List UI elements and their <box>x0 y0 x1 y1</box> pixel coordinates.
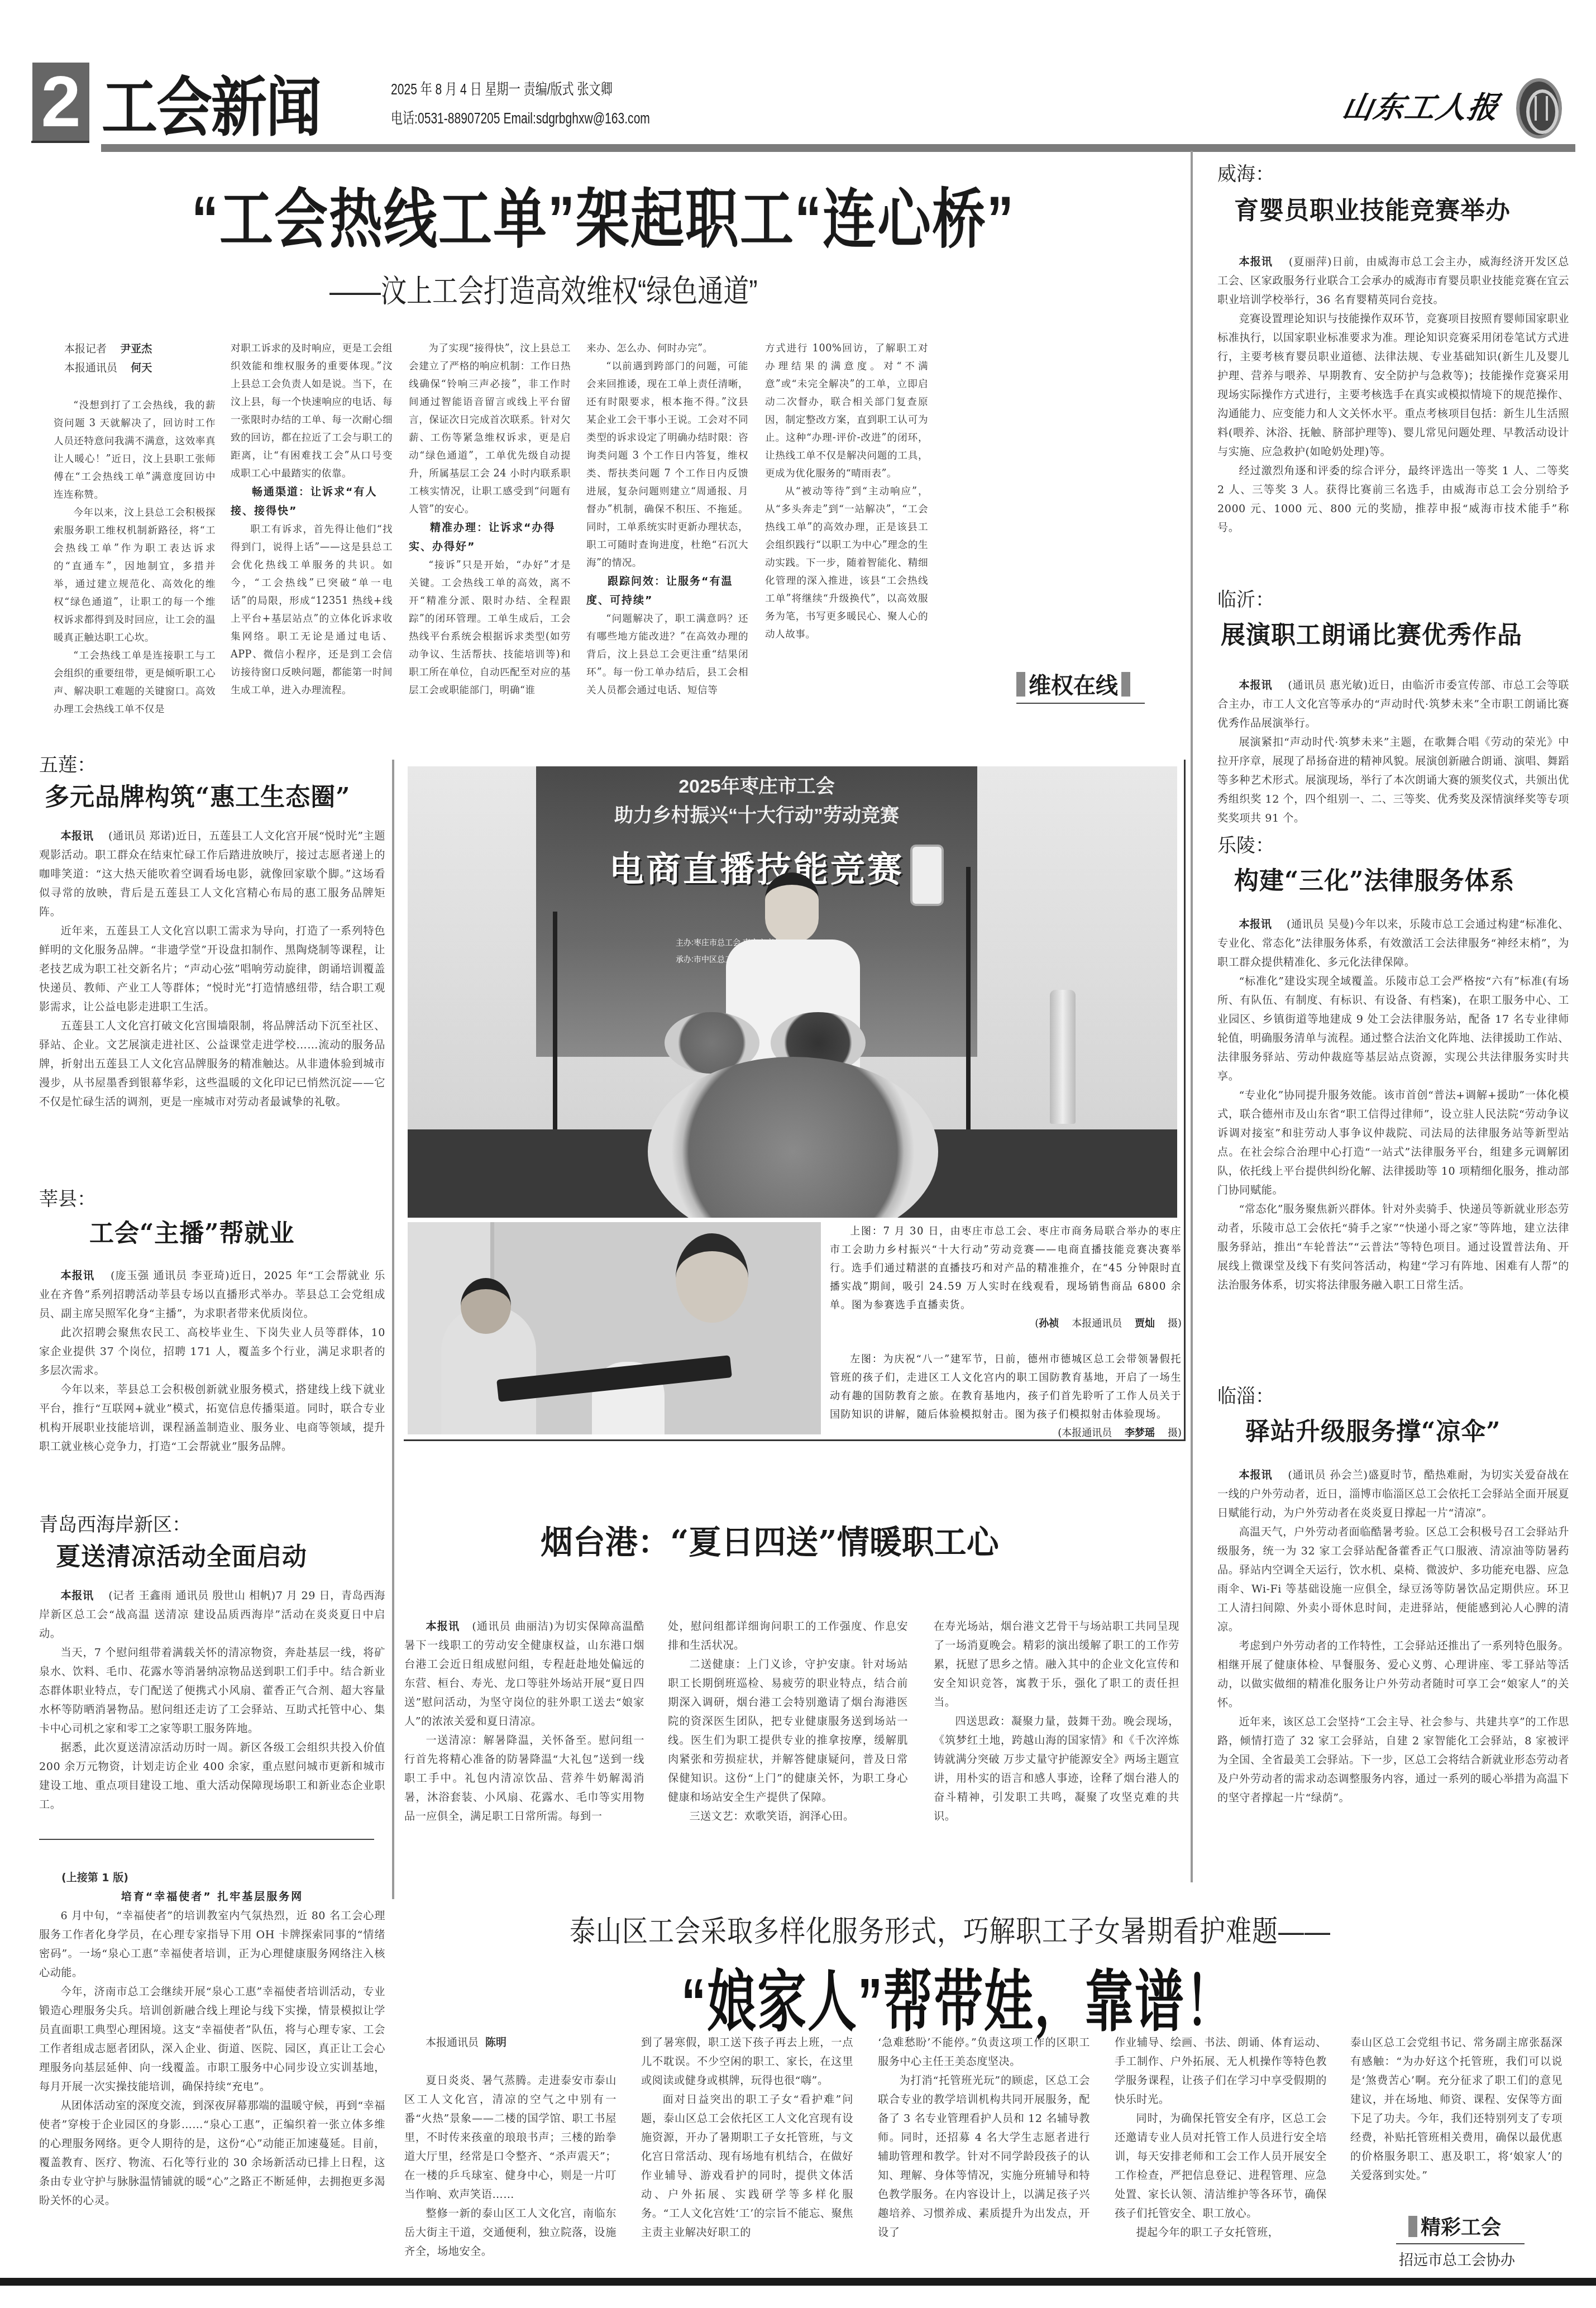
banner-text: 2025年枣庄市工会 <box>536 771 977 798</box>
dateline-credit: (记者 王鑫雨 通讯员 殷世山 相帆) <box>108 1589 275 1602</box>
paragraph: 三送文艺：欢歌笑语，润泽心田。 <box>668 1807 908 1826</box>
paragraph: 为了实现“接得快”，汶上县总工会建立了严格的响应机制：工作日热线确保“铃响三声必… <box>409 340 571 518</box>
child-head <box>461 1278 511 1334</box>
paragraph: 近年来，该区总工会坚持“工会主导、社会参与、共建共享”的工作思路，倾情打造了 3… <box>1217 1713 1569 1808</box>
paragraph: 提起今年的职工子女托管班， <box>1115 2223 1327 2242</box>
lead-subheadline: ——汶上工会打造高效维权“绿色通道” <box>329 267 758 311</box>
newspaper-logo: 山东工人报 <box>1339 84 1503 127</box>
story-headline: 展演职工朗诵比赛优秀作品 <box>1221 619 1569 652</box>
paragraph: 一送清凉：解暑降温，关怀备至。慰问组一行首先将精心准备的防暑降温“大礼包”送到一… <box>404 1731 644 1826</box>
story-headline: 育婴员职业技能竞赛举办 <box>1234 194 1569 228</box>
bottom-column-2: 到了暑寒假，职工送下孩子再去上班，一点儿不耽误。不少空闲的职工、家长，在这里或阅… <box>641 2033 853 2242</box>
presenter-head <box>765 872 819 943</box>
story-linyi: 临沂： 展演职工朗诵比赛优秀作品 本报讯 (通讯员 惠光敏)近日，由临沂市委宣传… <box>1217 588 1569 828</box>
paragraph: 近年来，五莲县工人文化宫以职工需求为导向，打造了一系列特色鲜明的文化服务品牌。“… <box>39 922 385 1017</box>
paragraph: “专业化”协同提升服务效能。该市首创“普法+调解+援助”一体化模式，联合德州市及… <box>1217 1086 1569 1200</box>
continued-label: (上接第 1 版) <box>39 1868 385 1887</box>
photo-credit: (本报通讯员 李梦瑶 摄) <box>830 1424 1182 1443</box>
paragraph: 整修一新的泰山区工人文化宫，南临东岳大街主干道，交通便利，独立院落，设施齐全，场… <box>404 2204 617 2261</box>
story-linzi: 临淄： 驿站升级服务撑“凉伞” 本报讯 (通讯员 孙会兰)盛夏时节，酷热难耐，为… <box>1217 1384 1569 1808</box>
tag-bar-right <box>1121 672 1130 697</box>
paragraph: 展演紧扣“声动时代·筑梦未来”主题，在歌舞合唱《劳动的荣光》中拉开序章，展现了昂… <box>1217 733 1569 828</box>
water-bottle <box>1050 990 1076 1124</box>
paragraph: 经过激烈角逐和评委的综合评分，最终评选出一等奖 1 人、二等奖 2 人、三等奖 … <box>1217 461 1569 537</box>
dateline-label: 本报讯 <box>1239 1468 1272 1481</box>
paragraph: 二送健康：上门义诊，守护安康。针对场站职工长期倒班巡检、易疲劳的职业特点，结合前… <box>668 1655 908 1807</box>
paragraph: 6 月中旬，“幸福使者”的培训教室内气氛热烈，近 80 名工会心理服务工作者化身… <box>39 1906 385 1982</box>
product-basket-large <box>648 1057 938 1218</box>
paragraph: 五莲县工人文化宫打破文化宫围墙限制，将品牌活动下沉至社区、驿站、企业。文艺展演走… <box>39 1017 385 1112</box>
story-headline-yantai: 烟台港：“夏日四送”情暖职工心 <box>541 1522 999 1562</box>
bottom-column-5: 泰山区总工会党组书记、常务副主席张磊深有感触：“为办好这个托管班，我们可以说是‘… <box>1350 2033 1562 2185</box>
region-label: 五莲： <box>39 753 385 778</box>
tag-underline <box>1016 703 1145 704</box>
paragraph: “接诉”只是开始，“办好”才是关键。工会热线工单的高效，离不开“精准分派、限时办… <box>409 556 571 699</box>
dateline-credit: (通讯员 孙会兰) <box>1288 1468 1368 1481</box>
column-tag-label: 精彩工会 <box>1421 2212 1501 2240</box>
smartphone <box>910 845 944 906</box>
byline: 本报通讯员 陈明 <box>404 2033 617 2052</box>
dateline-credit: (庞玉强 通讯员 李亚琦) <box>111 1269 230 1282</box>
lead-column-5: 方式进行 100%回访，了解职工对办理结果的满意度。对“不满意”或“未完全解决”… <box>765 340 928 643</box>
yantai-column-1: 本报讯 (通讯员 曲丽洁)为切实保障高温酷暑下一线职工的劳动安全健康权益，山东港… <box>404 1617 644 1826</box>
caption-left: 左图：为庆祝“八一”建军节，日前，德州市德城区总工会带领暑假托管班的孩子们，走进… <box>830 1350 1182 1424</box>
paragraph: “没想到打了工会热线，我的薪资问题 3 天就解决了，回访时工作人员还特意问我满不… <box>54 397 216 504</box>
story-separator <box>39 1839 374 1840</box>
paragraph: 从团体活动室的深度交流，到深夜屏幕那端的温暖守候，再到“幸福使者”穿梭于企业园区… <box>39 2096 385 2210</box>
column-tag-jingcai: 精彩工会 <box>1408 2212 1501 2240</box>
dateline-label: 本报讯 <box>60 1589 93 1602</box>
column-divider-right <box>1191 151 1193 1882</box>
paragraph: 今年，济南市总工会继续开展“泉心工惠”幸福使者培训活动，专业锻造心理服务尖兵。培… <box>39 1982 385 2096</box>
dateline-label: 本报讯 <box>60 829 93 842</box>
banner-text: 助力乡村振兴“十大行动”劳动竞赛 <box>536 800 977 827</box>
region-label: 乐陵： <box>1217 833 1569 858</box>
section-subhead: 精准办理：让诉求“办得实、办得好” <box>409 518 571 556</box>
contact-line: 电话:0531-88907205 Email:sdgrbghxw@163.com <box>391 106 650 128</box>
paragraph: 面对日益突出的职工子女“看护难”问题，泰山区总工会依托区工人文化宫现有设施资源，… <box>641 2090 853 2242</box>
section-subhead: 培育“幸福使者” 扎牢基层服务网 <box>39 1887 385 1906</box>
lead-column-2: 对职工诉求的及时响应，更是工会组织效能和维权服务的重要体现。”汶上县总工会负责人… <box>231 340 393 699</box>
byline-reporter: 本报记者 尹亚杰 <box>54 340 216 359</box>
dateline-credit: (通讯员 郑诺) <box>108 829 176 842</box>
dateline-credit: (通讯员 曲丽洁) <box>472 1620 553 1633</box>
paragraph: “常态化”服务聚焦新兴群体。针对外卖骑手、快递员等新就业形态劳动者，乐陵市总工会… <box>1217 1200 1569 1295</box>
story-weihai: 威海： 育婴员职业技能竞赛举办 本报讯 (夏丽萍)日前，由威海市总工会主办，威海… <box>1217 162 1569 537</box>
region-label: 莘县： <box>39 1187 385 1212</box>
region-label: 威海： <box>1217 162 1569 187</box>
column-tag-weiquan: 维权在线 <box>1016 668 1130 700</box>
byline-correspondent: 本报通讯员 何天 <box>54 359 216 378</box>
photo-shooting-experience <box>408 1222 821 1434</box>
paragraph: 来办、怎么办、何时办完”。 <box>586 340 748 357</box>
region-label: 临淄： <box>1217 1384 1569 1409</box>
header-rule <box>101 144 1575 152</box>
bottom-headline: “娘家人”帮带娃，靠谱！ <box>681 1949 1235 2044</box>
paragraph: ‘急难愁盼’不能停。”负责这项工作的区职工服务中心主任王美态度坚决。 <box>878 2033 1090 2071</box>
paragraph: 同时，为确保托管安全有序，区总工会还邀请专业人员对托管工作人员进行安全培训，每天… <box>1115 2109 1327 2223</box>
date-editor-line: 2025 年 8 月 4 日 星期一 责编/版式 张文卿 <box>391 77 613 99</box>
paragraph: 到了暑寒假，职工送下孩子再去上班，一点儿不耽误。不少空闲的职工、家长，在这里或阅… <box>641 2033 853 2090</box>
bottom-column-3: ‘急难愁盼’不能停。”负责这项工作的区职工服务中心主任王美态度坚决。 为打消“托… <box>878 2033 1090 2242</box>
story-headline: 夏送清凉活动全面启动 <box>56 1541 385 1574</box>
paragraph: 此次招聘会聚焦农民工、高校毕业生、下岗失业人员等群体，10 家企业提供 37 个… <box>39 1323 385 1380</box>
column-tag-label: 维权在线 <box>1029 668 1118 700</box>
dateline-credit: (夏丽萍) <box>1289 255 1332 268</box>
dateline-credit: (通讯员 惠光敏) <box>1288 679 1368 692</box>
paragraph: 作业辅导、绘画、书法、朗诵、体育运动、手工制作、户外拓展、无人机操作等特色教学服… <box>1115 2033 1327 2109</box>
paragraph: 方式进行 100%回访，了解职工对办理结果的满意度。对“不满意”或“未完全解决”… <box>765 340 928 483</box>
story-leling: 乐陵： 构建“三化”法律服务体系 本报讯 (通讯员 吴曼)今年以来，乐陵市总工会… <box>1217 833 1569 1295</box>
story-shenxian: 莘县： 工会“主播”帮就业 本报讯 (庞玉强 通讯员 李亚琦)近日，2025 年… <box>39 1187 385 1456</box>
paragraph: 当天，7 个慰问组带着满载关怀的清凉物资，奔赴基层一线，将矿泉水、饮料、毛巾、花… <box>39 1643 385 1738</box>
paragraph: “标准化”建设实现全域覆盖。乐陵市总工会严格按“六有”标准(有场所、有队伍、有制… <box>1217 972 1569 1086</box>
yantai-column-3: 在寿光场站，烟台港文艺骨干与场站职工共同呈现了一场消夏晚会。精彩的演出缓解了职工… <box>934 1617 1179 1826</box>
section-subhead: 跟踪问效：让服务“有温度、可持续” <box>586 572 748 610</box>
story-wulian: 五莲： 多元品牌构筑“惠工生态圈” 本报讯 (通讯员 郑诺)近日，五莲县工人文化… <box>39 753 385 1112</box>
paragraph: 从“被动等待”到“主动响应”，从“多头奔走”到“一站解决”，“工会热线工单”的高… <box>765 483 928 643</box>
story-headline: 构建“三化”法律服务体系 <box>1234 865 1569 898</box>
region-label: 青岛西海岸新区： <box>39 1513 385 1537</box>
photo-credit: (孙祯 本报通讯员 贾灿 摄) <box>830 1314 1182 1333</box>
lead-column-4: 来办、怎么办、何时办完”。 “以前遇到跨部门的问题，可能会来回推诿，现在工单上责… <box>586 340 748 699</box>
photo-livestream-contest: 2025年枣庄市工会 助力乡村振兴“十大行动”劳动竞赛 电商直播技能竞赛 主办:… <box>408 766 1177 1218</box>
paragraph: 夏日炎炎、暑气蒸腾。走进泰安市泰山区工人文化宫，清凉的空气之中别有一番“火热”景… <box>404 2071 617 2204</box>
co-organizer-credit: 招远市总工会协办 <box>1399 2249 1515 2269</box>
bottom-column-1: 本报通讯员 陈明 夏日炎炎、暑气蒸腾。走进泰安市泰山区工人文化宫，清凉的空气之中… <box>404 2033 617 2261</box>
story-headline: 多元品牌构筑“惠工生态圈” <box>45 781 385 814</box>
paragraph: 今年以来，莘县总工会积极创新就业服务模式，搭建线上线下就业平台，推行“互联网+就… <box>39 1380 385 1456</box>
dateline-label: 本报讯 <box>426 1620 460 1633</box>
dateline-credit: (通讯员 吴曼) <box>1287 918 1354 931</box>
page-number-badge: 2 <box>32 63 89 142</box>
bottom-column-4: 作业辅导、绘画、书法、朗诵、体育运动、手工制作、户外拓展、无人机操作等特色教学服… <box>1115 2033 1327 2242</box>
paragraph: “工会热线工单是连接职工与工会组织的重要纽带，更是倾听职工心声、解决职工难题的关… <box>54 647 216 718</box>
section-title: 工会新闻 <box>102 66 321 150</box>
tag-underline <box>1396 2243 1525 2244</box>
tag-bar-left <box>1016 672 1025 697</box>
paragraph: 近日，五莲县工人文化宫开展“悦时光”主题观影活动。职工群众在结束忙碌工作后踏进放… <box>39 829 385 918</box>
paragraph: 高温天气，户外劳动者面临酷暑考验。区总工会积极号召工会驿站升级服务，统一为 32… <box>1217 1523 1569 1637</box>
caption-top: 上图：7 月 30 日，由枣庄市总工会、枣庄市商务局联合举办的枣庄市工会助力乡村… <box>830 1222 1182 1314</box>
paragraph: 为切实保障高温酷暑下一线职工的劳动安全健康权益，山东港口烟台港工会近日组成慰问组… <box>404 1620 644 1728</box>
yantai-column-2: 处，慰问组都详细询问职工的工作强度、作息安排和生活状况。 二送健康：上门义诊，守… <box>668 1617 908 1826</box>
paragraph: 考虑到户外劳动者的工作特性，工会驿站还推出了一系列特色服务。相继开展了健康体检、… <box>1217 1637 1569 1713</box>
paragraph: 处，慰问组都详细询问职工的工作强度、作息安排和生活状况。 <box>668 1617 908 1655</box>
paragraph: 据悉，此次夏送清凉活动历时一周。新区各级工会组织共投入价值 200 余万元物资，… <box>39 1738 385 1814</box>
story-qingdao: 青岛西海岸新区： 夏送清凉活动全面启动 本报讯 (记者 王鑫雨 通讯员 殷世山 … <box>39 1513 385 1814</box>
paragraph: 今年以来，汶上县总工会积极探索服务职工维权机制新路径，将“工会热线工单”作为职工… <box>54 504 216 647</box>
dateline-label: 本报讯 <box>60 1269 94 1282</box>
story-headline: 工会“主播”帮就业 <box>89 1217 385 1251</box>
dateline-label: 本报讯 <box>1239 918 1272 931</box>
story-headline: 驿站升级服务撑“凉伞” <box>1245 1415 1569 1449</box>
instructor-figure <box>642 1222 776 1379</box>
instructor-head <box>676 1233 748 1323</box>
dateline-label: 本报讯 <box>1239 679 1272 692</box>
footer-rule <box>0 2278 1596 2286</box>
lead-column-1: 本报记者 尹亚杰 本报通讯员 何天 “没想到打了工会热线，我的薪资问题 3 天就… <box>54 340 216 718</box>
story-continued: (上接第 1 版) 培育“幸福使者” 扎牢基层服务网 6 月中旬，“幸福使者”的… <box>39 1868 385 2210</box>
bottom-kicker: 泰山区工会采取多样化服务形式，巧解职工子女暑期看护难题—— <box>570 1908 1331 1951</box>
paragraph: “问题解决了，职工满意吗？还有哪些地方能改进？”在高效办理的背后，汶上县总工会更… <box>586 610 748 699</box>
photo-captions: 上图：7 月 30 日，由枣庄市总工会、枣庄市商务局联合举办的枣庄市工会助力乡村… <box>830 1222 1182 1443</box>
paragraph: “以前遇到跨部门的问题，可能会来回推诿，现在工单上责任清晰，还有时限要求，根本拖… <box>586 357 748 572</box>
tag-bar <box>1408 2216 1417 2237</box>
paragraph: 泰山区总工会党组书记、常务副主席张磊深有感触：“为办好这个托管班，我们可以说是‘… <box>1350 2033 1562 2185</box>
region-label: 临沂： <box>1217 588 1569 612</box>
header-rule-short <box>31 141 89 143</box>
lead-headline: “工会热线工单”架起职工“连心桥” <box>112 180 1095 260</box>
lead-column-3: 为了实现“接得快”，汶上县总工会建立了严格的响应机制：工作日热线确保“铃响三声必… <box>409 340 571 699</box>
paragraph: 竞赛设置理论知识与技能操作双环节，竞赛项目按照育婴师国家职业标准执行，以国家职业… <box>1217 309 1569 461</box>
paragraph: 四送思政：凝聚力量，鼓舞干劲。晚会现场，《筑梦红土地，跨越山海的国家情》和《千次… <box>934 1712 1179 1826</box>
union-emblem-icon <box>1516 78 1562 139</box>
paragraph: 职工有诉求，首先得让他们“找得到门，说得上话”——这是县总工会优化热线工单服务的… <box>231 521 393 699</box>
section-subhead: 畅通渠道：让诉求“有人接、接得快” <box>231 483 393 521</box>
column-divider-left <box>392 760 394 1899</box>
dateline-label: 本报讯 <box>1239 255 1273 268</box>
paragraph: 在寿光场站，烟台港文艺骨干与场站职工共同呈现了一场消夏晚会。精彩的演出缓解了职工… <box>934 1617 1179 1712</box>
paragraph: 为打消“托管班光玩”的顾虑，区总工会联合专业的教学培训机构共同开展服务，配备了 … <box>878 2071 1090 2242</box>
paragraph: 对职工诉求的及时响应，更是工会组织效能和维权服务的重要体现。”汶上县总工会负责人… <box>231 340 393 483</box>
